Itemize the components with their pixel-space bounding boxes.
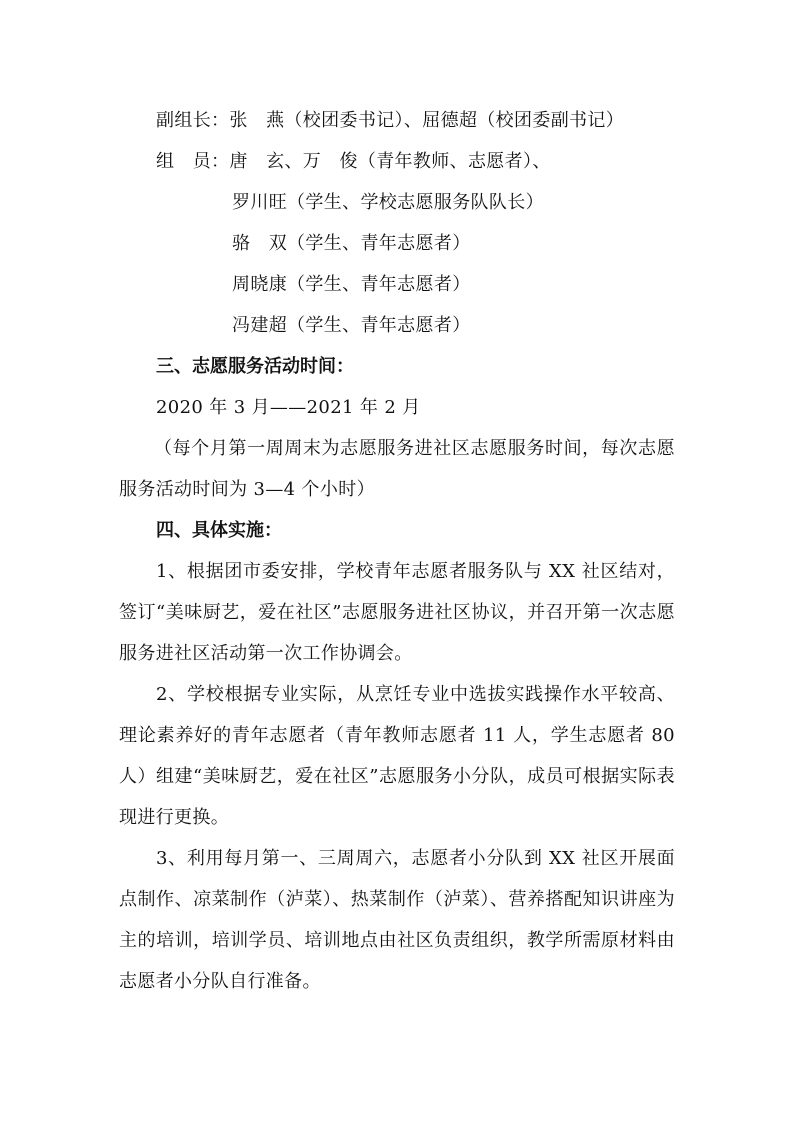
implementation-item: 2、学校根据专业实际，从烹饪专业中选拔实践操作水平较高、理论素养好的青年志愿者（… — [119, 674, 675, 838]
member-entry: 骆 双（学生、青年志愿者） — [119, 223, 675, 264]
member-entry: 周晓康（学生、青年志愿者） — [119, 264, 675, 305]
deputy-leader-value: 张 燕（校团委书记）、屈德超（校团委副书记） — [229, 110, 624, 131]
member-entry: 唐 玄、万 俊（青年教师、志愿者）、 — [229, 151, 550, 172]
members-label: 组 员： — [156, 141, 229, 182]
implementation-item: 1、根据团市委安排，学校青年志愿者服务队与 XX 社区结对，签订“美味厨艺，爱在… — [119, 551, 675, 674]
member-entry: 罗川旺（学生、学校志愿服务队队长） — [119, 182, 675, 223]
member-entry: 冯建超（学生、青年志愿者） — [119, 305, 675, 346]
activity-time-note: （每个月第一周周末为志愿服务进社区志愿服务时间，每次志愿服务活动时间为 3—4 … — [119, 428, 675, 510]
members-row: 组 员：唐 玄、万 俊（青年教师、志愿者）、 — [119, 141, 675, 182]
implementation-item: 3、利用每月第一、三周周六，志愿者小分队到 XX 社区开展面点制作、凉菜制作（泸… — [119, 838, 675, 1002]
section-heading-activity-time: 三、志愿服务活动时间： — [119, 346, 675, 387]
deputy-leader-label: 副组长： — [156, 100, 229, 141]
section-heading-implementation: 四、具体实施： — [119, 510, 675, 551]
document-page: 副组长：张 燕（校团委书记）、屈德超（校团委副书记） 组 员：唐 玄、万 俊（青… — [119, 100, 675, 1002]
deputy-leader-row: 副组长：张 燕（校团委书记）、屈德超（校团委副书记） — [119, 100, 675, 141]
activity-period: 2020 年 3 月——2021 年 2 月 — [119, 387, 675, 428]
